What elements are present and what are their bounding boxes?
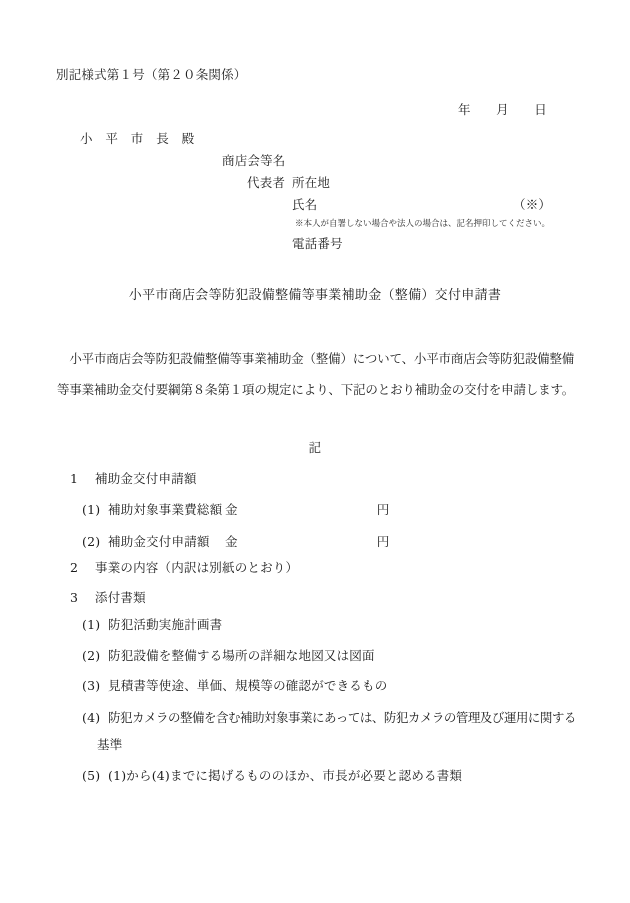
attachment-item-3-text: 見積書等使途、単価、規模等の確認ができるもの	[108, 678, 387, 693]
section-3-number: 3	[70, 590, 95, 605]
representative-label: 代表者	[247, 175, 285, 190]
amount-row-total-number: (1)	[82, 502, 108, 517]
addressee-line: 小 平 市 長 殿	[80, 131, 194, 146]
attachment-item-4: (4) 防犯カメラの整備を含む補助対象事業にあっては、防犯カメラの管理及び運用に…	[82, 710, 576, 725]
record-heading: 記	[0, 440, 630, 455]
amount-blank-requested[interactable]	[238, 532, 377, 546]
section-2-label: 事業の内容（内訳は別紙のとおり）	[95, 560, 298, 575]
attachment-item-3-number: (3)	[82, 678, 108, 693]
body-paragraph-line-2: 等事業補助金交付要綱第８条第１項の規定により、下記のとおり補助金の交付を申請しま…	[57, 382, 574, 397]
signature-note: ※本人が自署しない場合や法人の場合は、記名押印してください。	[295, 219, 550, 229]
name-seal-mark: （※）	[513, 197, 551, 212]
attachment-item-4-text-continued: 基準	[97, 737, 122, 752]
section-2-number: 2	[70, 560, 95, 575]
org-name-label: 商店会等名	[222, 153, 286, 168]
attachment-item-4-number: (4)	[82, 710, 108, 725]
attachment-item-2-number: (2)	[82, 648, 108, 663]
section-3-heading: 3 添付書類	[70, 590, 146, 605]
section-1-number: 1	[70, 471, 95, 486]
section-1-heading: 1 補助金交付申請額	[70, 471, 197, 486]
attachment-item-2: (2) 防犯設備を整備する場所の詳細な地図又は図面	[82, 648, 375, 663]
currency-prefix: 金	[225, 534, 238, 549]
amount-row-total-label: 補助対象事業費総額	[108, 502, 225, 517]
attachment-item-5: (5) (1)から(4)までに掲げるもののほか、市長が必要と認める書類	[82, 768, 462, 783]
attachment-item-1-text: 防犯活動実施計画書	[108, 617, 222, 632]
phone-label: 電話番号	[292, 236, 343, 251]
amount-row-total: (1) 補助対象事業費総額 金 円	[82, 500, 389, 517]
currency-suffix: 円	[377, 502, 390, 517]
attachment-item-3: (3) 見積書等使途、単価、規模等の確認ができるもの	[82, 678, 387, 693]
document-title: 小平市商店会等防犯設備整備等事業補助金（整備）交付申請書	[0, 288, 630, 304]
application-form-page: 別記様式第１号（第２０条関係） 年 月 日 小 平 市 長 殿 商店会等名 代表…	[0, 0, 630, 903]
attachment-item-1-number: (1)	[82, 617, 108, 632]
date-line: 年 月 日	[458, 102, 547, 117]
attachment-item-4-text: 防犯カメラの整備を含む補助対象事業にあっては、防犯カメラの管理及び運用に関する	[108, 710, 576, 725]
amount-blank-total[interactable]	[238, 500, 377, 514]
section-3-label: 添付書類	[95, 590, 146, 605]
name-label: 氏名	[292, 197, 317, 212]
amount-row-requested-number: (2)	[82, 534, 108, 549]
attachment-item-1: (1) 防犯活動実施計画書	[82, 617, 222, 632]
section-2-heading: 2 事業の内容（内訳は別紙のとおり）	[70, 560, 298, 575]
attachment-item-5-text: (1)から(4)までに掲げるもののほか、市長が必要と認める書類	[108, 768, 462, 783]
currency-prefix: 金	[225, 502, 238, 517]
section-1-label: 補助金交付申請額	[95, 471, 197, 486]
amount-row-requested-label: 補助金交付申請額	[108, 534, 225, 549]
form-style-number: 別記様式第１号（第２０条関係）	[56, 67, 247, 82]
amount-row-requested: (2) 補助金交付申請額 金 円	[82, 532, 389, 549]
attachment-item-5-number: (5)	[82, 768, 108, 783]
address-label: 所在地	[292, 175, 330, 190]
body-paragraph-line-1: 小平市商店会等防犯設備整備等事業補助金（整備）について、小平市商店会等防犯設備整…	[57, 351, 574, 366]
attachment-item-2-text: 防犯設備を整備する場所の詳細な地図又は図面	[108, 648, 375, 663]
currency-suffix: 円	[377, 534, 390, 549]
